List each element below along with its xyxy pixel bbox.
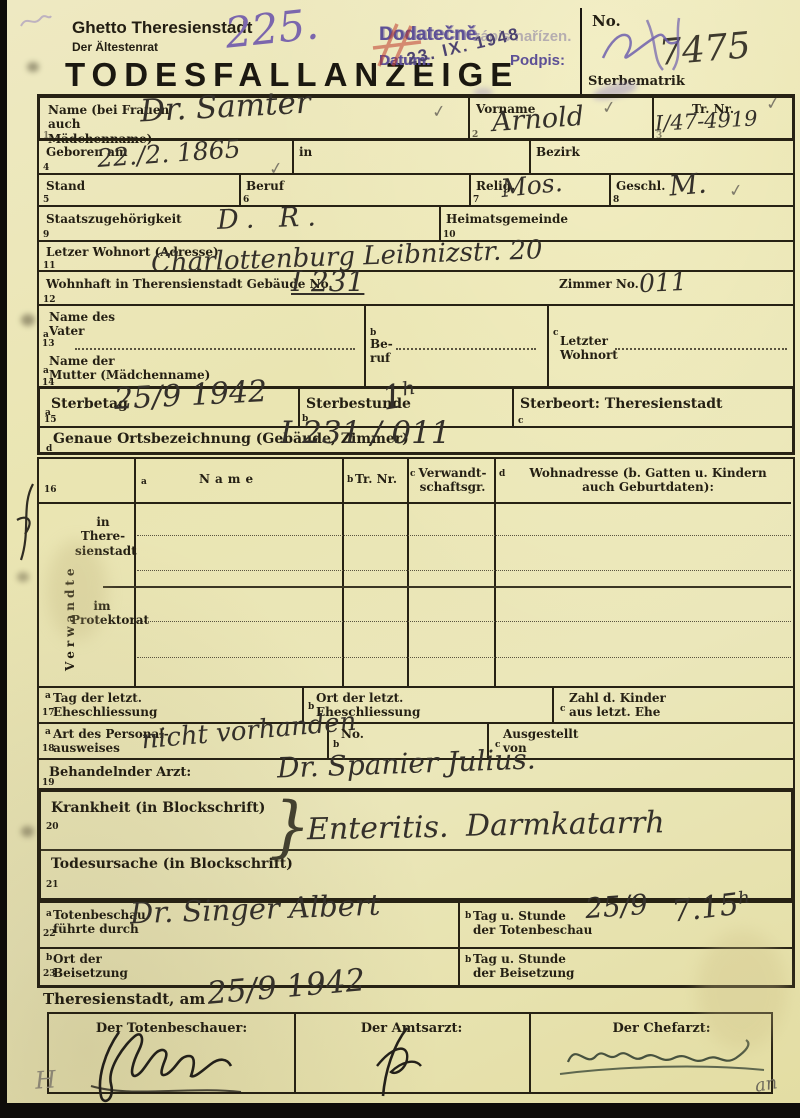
org-subtitle: Der Ältestenrat [72, 40, 158, 54]
geboren-in-label: in [299, 145, 312, 159]
field-prefix: c [518, 416, 523, 426]
dotted-entry-line [137, 535, 791, 536]
eltern-wohnort-label: Letzter Wohnort [560, 334, 618, 363]
grid-line [439, 207, 441, 240]
row-eheschliessung: a Tag der letzt. Eheschliessung 17 b Ort… [37, 686, 795, 724]
grid-line [40, 947, 792, 949]
pencil-mark-bottom-right: an [754, 1074, 779, 1096]
field-prefix: c [560, 704, 565, 714]
row-stand: Stand 5 Beruf 6 Relig. 7 Mos. Geschl. 8 … [37, 173, 795, 207]
ausweis-no-label: No. [341, 727, 364, 741]
geboren-am-value: 22./2. 1865 [96, 136, 241, 171]
eltern-beruf-label: Be- ruf [370, 337, 393, 366]
sterbestunde-value: 1ʰ [379, 376, 419, 415]
dotted-entry-line [615, 348, 787, 350]
bezirk-label: Bezirk [536, 145, 580, 159]
field-prefix: c [553, 328, 558, 338]
dotted-entry-line [75, 348, 355, 350]
diagnose-part1: Enteritis. [307, 813, 449, 845]
vater-label: Name des Vater [49, 310, 115, 339]
diagnose-part2: Darmkatarrh [466, 808, 665, 841]
zimmer-value: 011 [638, 269, 687, 296]
field-prefix: a [45, 691, 51, 701]
staat-label: Staatszugehörigkeit [46, 212, 182, 226]
col-adresse-header: Wohnadresse (b. Gatten u. Kindern auch G… [507, 466, 789, 495]
dotted-entry-line [137, 570, 791, 571]
amtsarzt-signature [349, 1024, 489, 1098]
grid-line [41, 849, 791, 851]
field-index: 23 [43, 969, 56, 979]
field-index: 15 [44, 415, 57, 425]
field-prefix: b [465, 911, 471, 921]
field-index: 16 [44, 485, 57, 495]
field-index: 22 [43, 929, 56, 939]
sterbetag-value: 25/9 1942 [113, 377, 268, 415]
diagnose-brace: } [269, 794, 311, 860]
totenbeschau-zeit-stunde: 7.15ʰ [670, 888, 753, 927]
stamp-podpis-label: Podpis: [510, 52, 565, 69]
margin-ink-mark [13, 478, 43, 578]
ehe-kinder-label: Zahl d. Kinder aus letzt. Ehe [569, 691, 666, 720]
grid-line [407, 459, 409, 686]
field-index: 5 [43, 195, 49, 205]
grid-line [364, 306, 366, 386]
grid-line [494, 459, 496, 686]
paper-stain [697, 930, 787, 1050]
field-index: 17 [42, 708, 55, 718]
totenbeschau-zeit-label: Tag u. Stunde der Totenbeschau [473, 909, 592, 938]
grid-line [292, 141, 294, 173]
field-index: 19 [42, 778, 55, 788]
grid-line [342, 459, 344, 686]
totenbeschau-zeit-tag: 25/9 [584, 891, 649, 923]
grid-line [103, 586, 791, 588]
beruf-label: Beruf [246, 179, 284, 193]
grid-line [552, 688, 554, 722]
totenbeschau-value: Dr. Singer Albert [130, 891, 381, 929]
col-name-header: Name [199, 472, 258, 486]
row-sterbetag: Sterbetag a 15 25/9 1942 Sterbestunde b … [37, 386, 795, 455]
field-index: 7 [473, 195, 479, 205]
grid-line [39, 502, 791, 504]
footer-ort-label: Theresienstadt, am [43, 990, 205, 1008]
zimmer-label: Zimmer No. [559, 277, 639, 291]
grid-line [294, 1014, 296, 1092]
heimat-label: Heimatsgemeinde [446, 212, 568, 226]
checkmark: ✓ [765, 93, 782, 115]
staat-value: D. R. [217, 203, 325, 234]
paper-damage-spot [27, 62, 39, 72]
row-name: Name (bei Frauen auch Mädchenname) 1 Dr.… [37, 94, 795, 141]
dotted-entry-line [137, 657, 791, 658]
wohnhaft-value: I 231 [291, 268, 364, 296]
field-index: 4 [43, 163, 49, 173]
totenbeschauer-signature [81, 1022, 281, 1100]
field-prefix: a [46, 909, 52, 919]
field-index: 9 [43, 230, 49, 240]
field-prefix: a [45, 727, 51, 737]
grid-line [529, 141, 531, 173]
grid-line [580, 8, 582, 94]
field-index: 20 [46, 822, 59, 832]
sterbeort-label: Sterbeort: Theresienstadt [520, 396, 723, 413]
dotted-entry-line [137, 621, 791, 622]
arzt-value: Dr. Spanier Julius. [277, 745, 536, 782]
red-stamp-mark [369, 20, 429, 68]
field-prefix: a [43, 366, 49, 376]
krankheit-block: Krankheit (in Blockschrift) 20 Todesursa… [37, 788, 795, 902]
row-eltern: Name des Vater a 13 Name der Mutter (Mäd… [37, 304, 795, 388]
field-index: 13 [42, 339, 55, 349]
field-index: 18 [42, 744, 55, 754]
dotted-entry-line [396, 348, 536, 350]
col-tr-nr-header: Tr. Nr. [355, 472, 397, 486]
grid-line [134, 459, 136, 686]
arzt-label: Behandelnder Arzt: [49, 765, 191, 781]
ortsbezeichnung-value: I 231 / 011 [280, 418, 451, 449]
checkmark: ✓ [431, 101, 448, 123]
corner-violet-mark [17, 8, 53, 36]
name-value: Dr. Samter [139, 88, 311, 128]
wohnhaft-label: Wohnhaft in Therensienstadt Gebäude No. [46, 277, 333, 291]
grid-line [469, 175, 471, 205]
field-prefix: b [465, 955, 471, 965]
field-prefix: a [141, 477, 147, 487]
geschl-value: M. [668, 169, 708, 200]
beisetzung-zeit-label: Tag u. Stunde der Beisetzung [473, 952, 574, 981]
grid-line [652, 98, 654, 138]
paper-damage-spot [21, 314, 35, 326]
paper-stain [47, 540, 107, 640]
paper-damage-spot [17, 572, 29, 582]
col-grad-header: Verwandt- schaftsgr. [413, 466, 492, 495]
field-index: 21 [46, 880, 59, 890]
checkmark: ✓ [728, 180, 745, 202]
grid-line [468, 98, 470, 138]
field-prefix: d [499, 469, 505, 479]
grid-line [512, 389, 514, 426]
relig-value: Mos. [500, 170, 564, 201]
geschl-label: Geschl. [616, 179, 665, 193]
beisetzung-ort-label: Ort der Beisetzung [53, 952, 128, 981]
totenbeschau-block: a Totenbeschau führte durch 22 Dr. Singe… [37, 900, 795, 988]
krankheit-label: Krankheit (in Blockschrift) [51, 800, 265, 817]
field-prefix: b [46, 953, 52, 963]
grid-line [458, 903, 460, 985]
handwritten-case-number: 225. [223, 3, 320, 55]
grid-line [547, 306, 549, 386]
stamp-signature-squiggle [595, 14, 705, 78]
row-arzt: Behandelnder Arzt: 19 Dr. Spanier Julius… [37, 758, 795, 790]
grid-line [609, 175, 611, 205]
field-index: 8 [613, 195, 619, 205]
signature-boxes: Der Totenbeschauer: Der Amtsarzt: Der Ch… [47, 1012, 773, 1094]
tr-nr-value: I/47-4919 [655, 108, 759, 134]
field-prefix: d [46, 444, 52, 454]
row-staat: Staatszugehörigkeit 9 D. R. Heimatsgemei… [37, 205, 795, 242]
grid-line [529, 1014, 531, 1092]
verwandte-table: 16 a Name b Tr. Nr. c Verwandt- schaftsg… [37, 457, 795, 688]
ehe-tag-label: Tag der letzt. Eheschliessung [53, 691, 157, 720]
vorname-value: Arnold [491, 103, 585, 136]
scanned-form-paper: Ghetto Theresienstadt Der Ältestenrat TO… [7, 0, 800, 1103]
paper-damage-spot [21, 826, 34, 837]
grid-line [239, 175, 241, 205]
row-wohnhaft: Wohnhaft in Therensienstadt Gebäude No. … [37, 270, 795, 306]
scan-edge-left [0, 0, 7, 1118]
pencil-mark-bottom-left: H [34, 1067, 57, 1092]
checkmark: ✓ [601, 97, 618, 119]
field-prefix: b [347, 475, 353, 485]
scan-edge-bottom [0, 1103, 800, 1118]
stand-label: Stand [46, 179, 85, 193]
todesursache-label: Todesursache (in Blockschrift) [51, 856, 293, 873]
